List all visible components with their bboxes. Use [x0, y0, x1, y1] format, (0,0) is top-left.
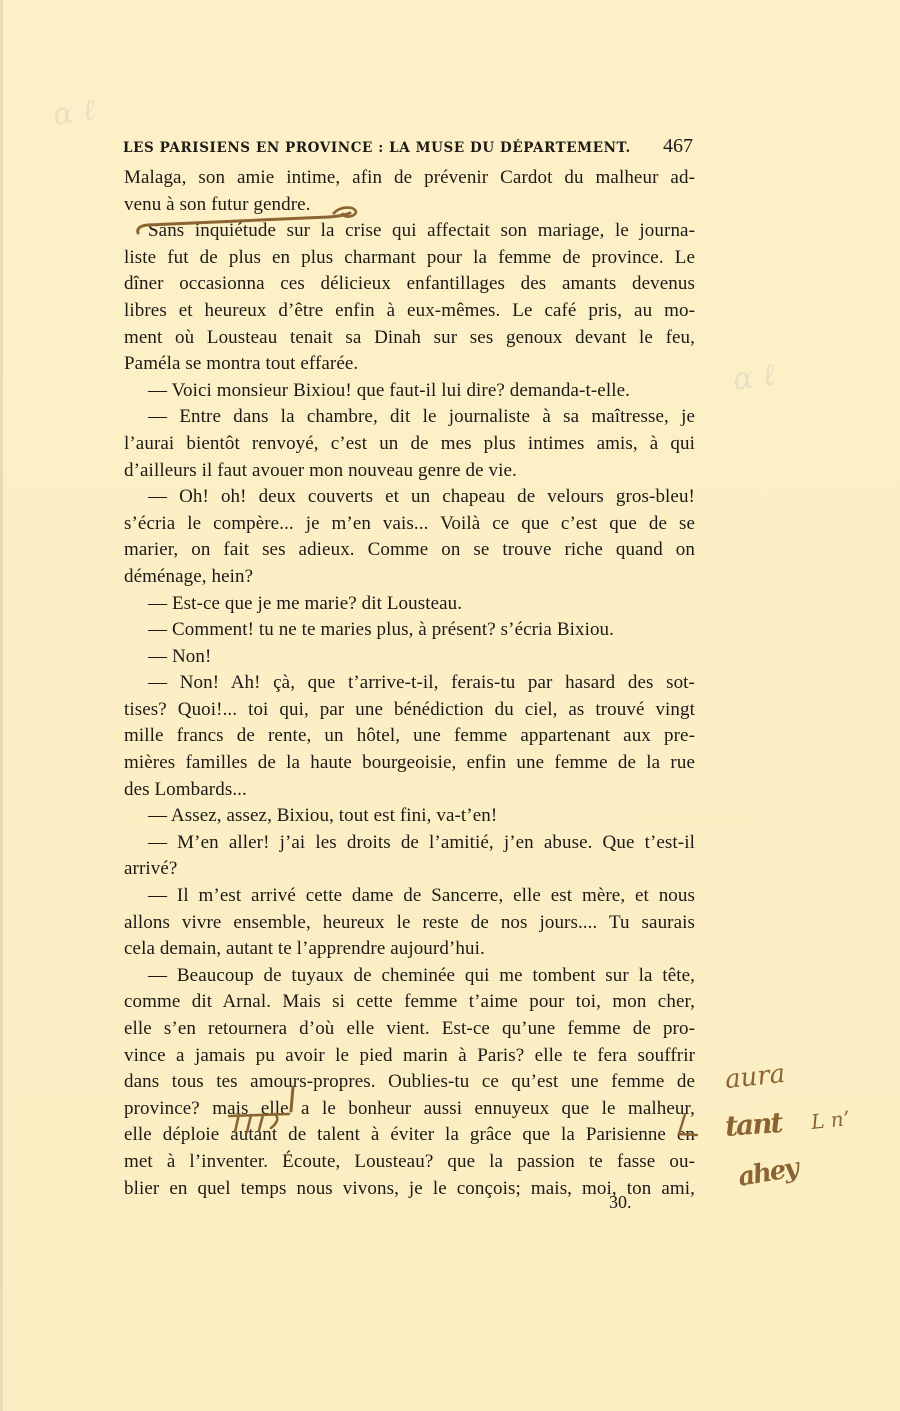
text-line: Malaga, son amie intime, afin de préveni…: [124, 165, 695, 192]
underline-mark-icon: [128, 200, 368, 240]
body-text: Malaga, son amie intime, afin de préveni…: [124, 165, 695, 1202]
text-line: libres et heureux d’être enfin à eux-mêm…: [124, 298, 695, 325]
text-line: — Entre dans la chambre, dit le journali…: [124, 404, 695, 431]
strikethrough-mark-icon: [225, 1110, 295, 1135]
text-line: des Lombards...: [124, 777, 695, 804]
book-page: ɑ ℓ ɑ ℓ LES PARISIENS EN PROVINCE : LA M…: [0, 0, 900, 1411]
text-line: province? mais elle a le bonheur aussi e…: [124, 1096, 695, 1123]
text-line: — Voici monsieur Bixiou! que faut-il lui…: [124, 378, 695, 405]
margin-note-4: ahey: [736, 1153, 800, 1193]
text-line: mières familles de la haute bourgeoisie,…: [124, 750, 695, 777]
text-line: comme dit Arnal. Mais si cette femme t’a…: [124, 989, 695, 1016]
transposition-mark-icon: [671, 1110, 701, 1140]
text-line: — Non! Ah! çà, que t’arrive-t-il, ferais…: [124, 670, 695, 697]
text-line: — Est-ce que je me marie? dit Lousteau.: [124, 591, 695, 618]
text-line: — Oh! oh! deux couverts et un chapeau de…: [124, 484, 695, 511]
margin-note-3: L n’: [810, 1106, 851, 1134]
text-line: — Comment! tu ne te maries plus, à prése…: [124, 617, 695, 644]
text-line: allons vivre ensemble, heureux le reste …: [124, 910, 695, 937]
text-line: dans tous tes amours-propres. Oublies-tu…: [124, 1069, 695, 1096]
page-number: 467: [663, 135, 693, 158]
running-head: LES PARISIENS EN PROVINCE : LA MUSE DU D…: [123, 140, 631, 156]
text-line: déménage, hein?: [124, 564, 695, 591]
page-header: LES PARISIENS EN PROVINCE : LA MUSE DU D…: [123, 135, 693, 158]
margin-note-1: aura: [724, 1059, 787, 1095]
text-line: mille francs de rente, un hôtel, une fem…: [124, 723, 695, 750]
text-line: Paméla se montra tout effarée.: [124, 351, 695, 378]
signature-mark: 30.: [609, 1192, 632, 1213]
text-line: cela demain, autant te l’apprendre aujou…: [124, 936, 695, 963]
text-line: — Il m’est arrivé cette dame de Sancerre…: [124, 883, 695, 910]
text-line: elle déploie autant de talent à éviter l…: [124, 1122, 695, 1149]
text-line: met à l’inventer. Écoute, Lousteau? que …: [124, 1149, 695, 1176]
text-line: d’ailleurs il faut avouer mon nouveau ge…: [124, 458, 695, 485]
text-line: dîner occasionna ces délicieux enfantill…: [124, 271, 695, 298]
text-line: — Non!: [124, 644, 695, 671]
text-line: ment où Lousteau tenait sa Dinah sur ses…: [124, 325, 695, 352]
margin-note-2: tant: [724, 1106, 783, 1143]
text-line: tises? Quoi!... toi qui, par une bénédic…: [124, 697, 695, 724]
text-line: vince a jamais pu avoir le pied marin à …: [124, 1043, 695, 1070]
text-line: — Assez, assez, Bixiou, tout est fini, v…: [124, 803, 695, 830]
text-line: liste fut de plus en plus charmant pour …: [124, 245, 695, 272]
show-through-mark-top-left: ɑ ℓ: [51, 92, 98, 133]
text-line: — Beaucoup de tuyaux de cheminée qui me …: [124, 963, 695, 990]
text-line: — M’en aller! j’ai les droits de l’amiti…: [124, 830, 695, 857]
text-line: l’aurai bientôt renvoyé, c’est un de mes…: [124, 431, 695, 458]
text-line: elle s’en retournera d’où elle vient. Es…: [124, 1016, 695, 1043]
text-line: s’écria le compère... je m’en vais... Vo…: [124, 511, 695, 538]
text-line: arrivé?: [124, 856, 695, 883]
text-line: marier, on fait ses adieux. Comme on se …: [124, 537, 695, 564]
show-through-mark-right: ɑ ℓ: [731, 357, 778, 398]
